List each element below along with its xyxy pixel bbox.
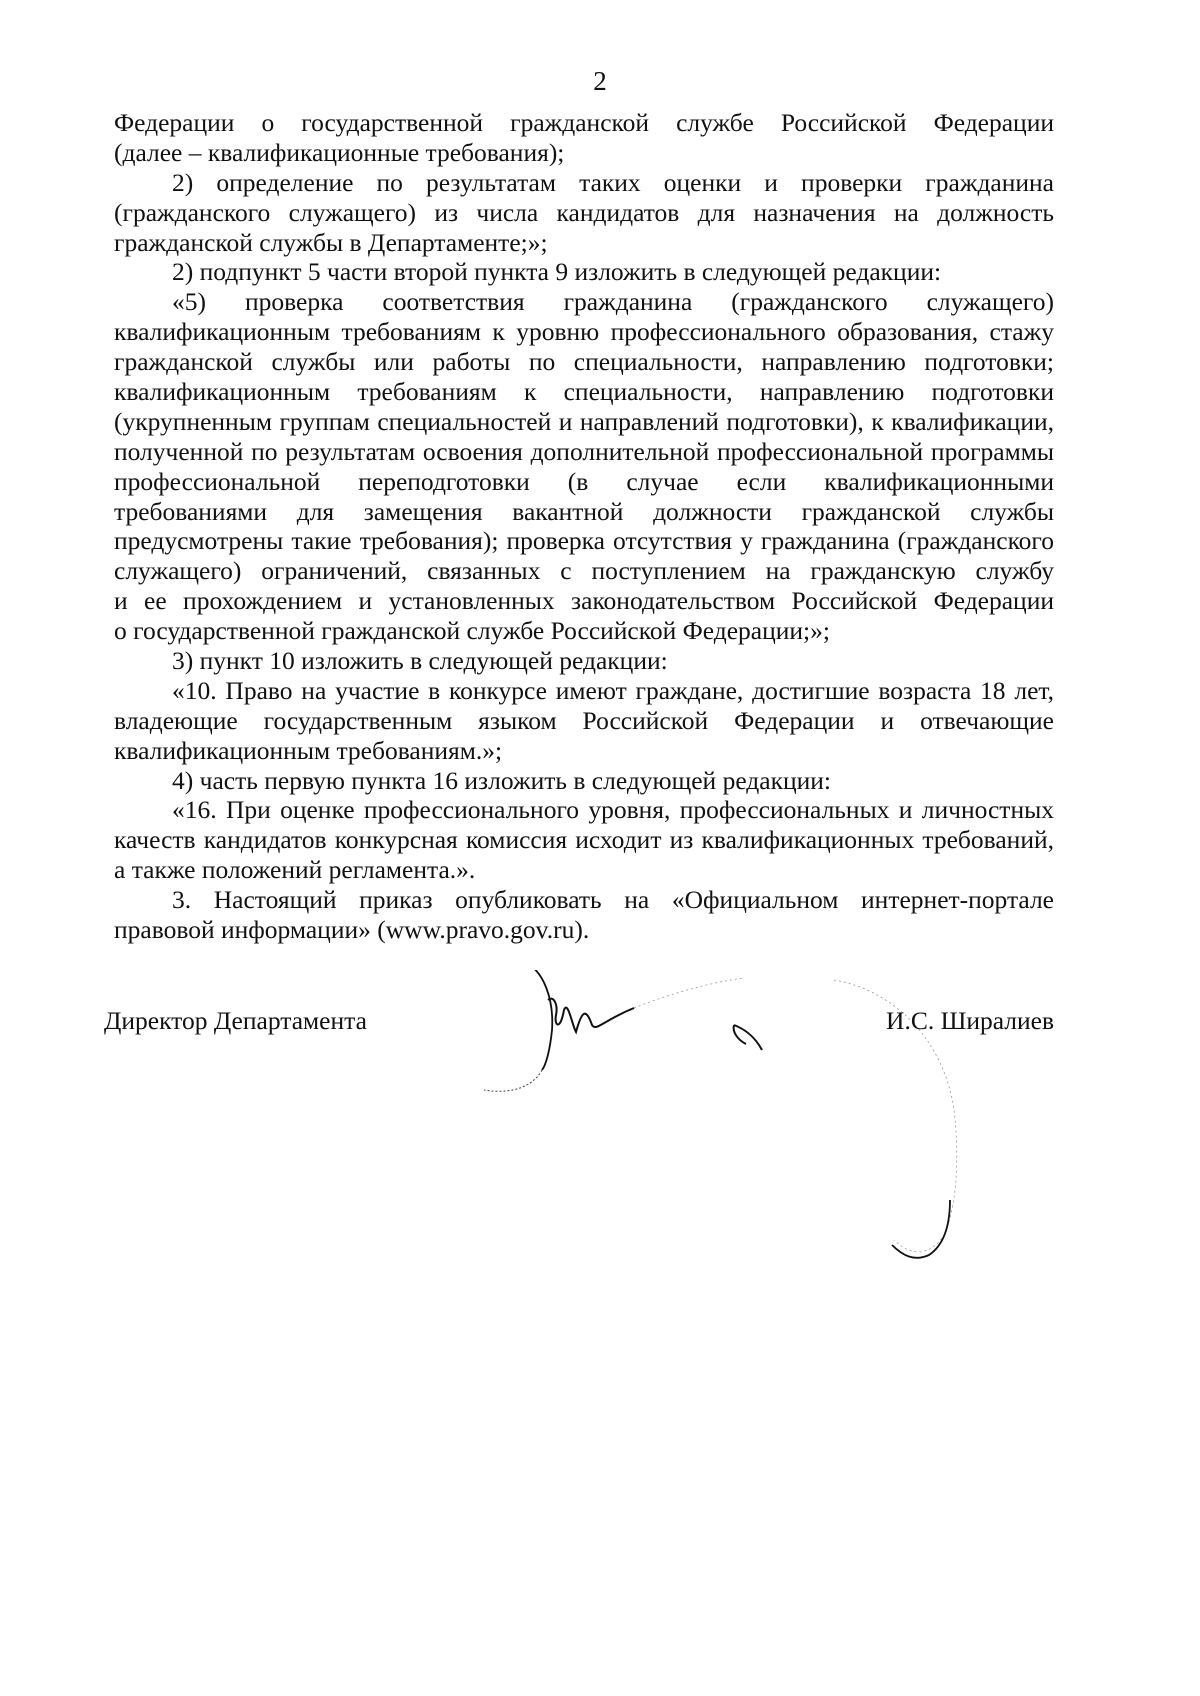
text-line: (гражданского служащего) из числа кандид…: [114, 198, 1054, 228]
text-line: квалификационным требованиям к специальн…: [114, 377, 1054, 407]
text-line: предусмотрены такие требования); проверк…: [114, 526, 1054, 556]
document-body: Федерации о государственной гражданской …: [114, 108, 1054, 945]
text-line: правовой информации» (www.pravo.gov.ru).: [114, 915, 1054, 945]
text-line: «16. При оценке профессионального уровня…: [114, 795, 1054, 825]
text-line: квалификационным требованиям к уровню пр…: [114, 317, 1054, 347]
text-line: а также положений регламента.».: [114, 855, 1054, 885]
text-line: квалификационным требованиям.»;: [114, 736, 1054, 766]
text-line: (далее – квалификационные требования);: [114, 138, 1054, 168]
text-line: о государственной гражданской службе Рос…: [114, 616, 1054, 646]
text-line: гражданской службы или работы по специал…: [114, 347, 1054, 377]
text-line: 3. Настоящий приказ опубликовать на «Офи…: [114, 885, 1054, 915]
text-line: требованиями для замещения вакантной дол…: [114, 497, 1054, 527]
text-line: служащего) ограничений, связанных с пост…: [114, 556, 1054, 586]
text-line: 3) пункт 10 изложить в следующей редакци…: [114, 646, 1054, 676]
page-number: 2: [0, 66, 1200, 97]
text-line: профессиональной переподготовки (в случа…: [114, 467, 1054, 497]
document-page: 2 Федерации о государственной гражданско…: [0, 0, 1200, 1696]
text-line: (укрупненным группам специальностей и на…: [114, 407, 1054, 437]
text-line: «5) проверка соответствия гражданина (гр…: [114, 287, 1054, 317]
signatory-position: Директор Департамента: [104, 1006, 367, 1036]
text-line: владеющие государственным языком Российс…: [114, 706, 1054, 736]
text-line: качеств кандидатов конкурсная комиссия и…: [114, 825, 1054, 855]
text-line: Федерации о государственной гражданской …: [114, 108, 1054, 138]
text-line: 2) подпункт 5 части второй пункта 9 изло…: [114, 257, 1054, 287]
signatory-name: И.С. Ширалиев: [886, 1006, 1054, 1036]
text-line: 4) часть первую пункта 16 изложить в сле…: [114, 766, 1054, 796]
text-line: 2) определение по результатам таких оцен…: [114, 168, 1054, 198]
text-line: гражданской службы в Департаменте;»;: [114, 228, 1054, 258]
text-line: полученной по результатам освоения допол…: [114, 437, 1054, 467]
text-line: «10. Право на участие в конкурсе имеют г…: [114, 676, 1054, 706]
signature-block: Директор Департамента И.С. Ширалиев: [104, 1000, 1054, 1300]
text-line: и ее прохождением и установленных законо…: [114, 586, 1054, 616]
